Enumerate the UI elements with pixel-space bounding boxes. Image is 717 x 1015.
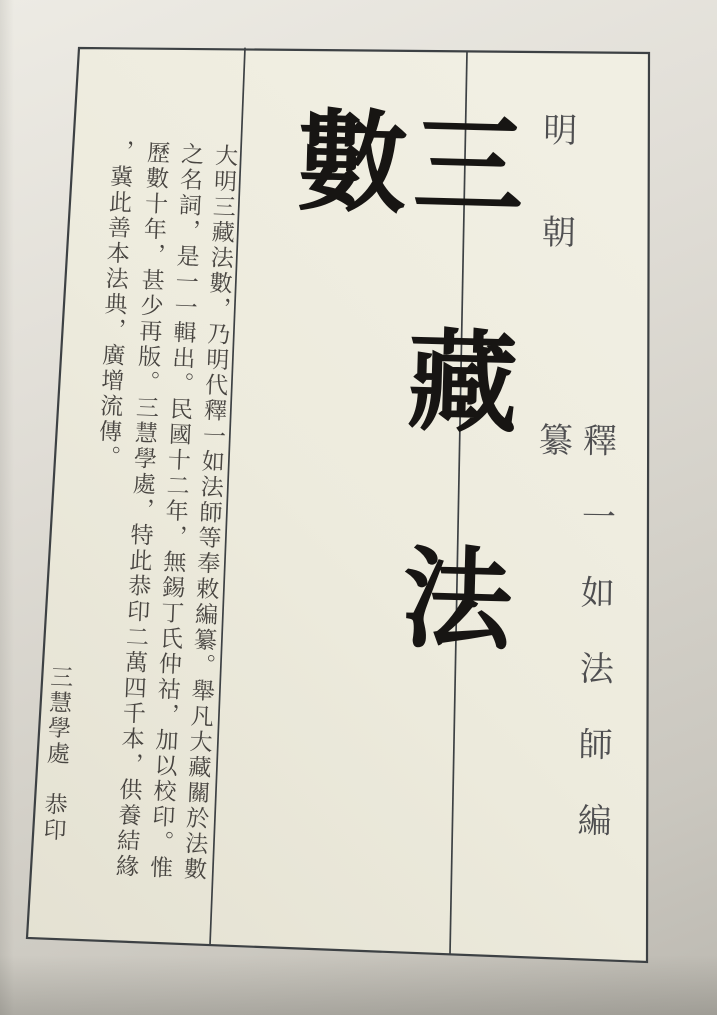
compiler-text: 釋一如法師編纂 [523, 422, 618, 933]
title-column: 三藏法數 [265, 102, 402, 895]
book-page-photo: 明朝 釋一如法師編纂 三藏法數 大明三藏法數，乃明代釋一如法師等奉敕編纂。舉凡大… [0, 0, 717, 1015]
preface-signature: 三慧學處 恭印 [37, 664, 75, 844]
book-title: 三藏法數 [265, 102, 518, 898]
preface-block: 大明三藏法數，乃明代釋一如法師等奉敕編纂。舉凡大藏關於法數 之名詞，是一一輯出。… [0, 127, 260, 960]
dynasty-text: 明朝 [531, 112, 578, 317]
